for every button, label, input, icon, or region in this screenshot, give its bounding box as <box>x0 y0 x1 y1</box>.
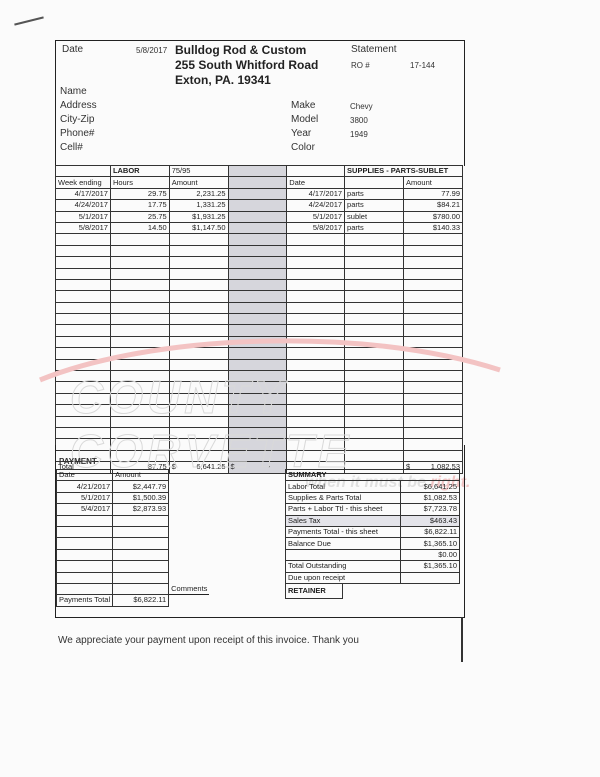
table-cell: 5/4/2017 <box>57 504 113 515</box>
table-cell <box>169 371 228 382</box>
table-cell: parts <box>345 188 404 199</box>
table-row <box>56 359 463 370</box>
payment-row <box>57 515 210 526</box>
col-payment-date: Date <box>57 470 113 481</box>
table-cell <box>56 291 111 302</box>
table-cell <box>169 348 228 359</box>
payment-row: 4/21/2017$2,447.79 <box>57 481 210 492</box>
table-cell <box>287 393 345 404</box>
table-cell <box>110 405 169 416</box>
col-supplies-amount: Amount <box>403 177 462 188</box>
table-cell <box>287 371 345 382</box>
summary-label: Labor Total <box>286 481 401 492</box>
address-label: Address <box>60 100 97 111</box>
table-row <box>56 427 463 438</box>
table-cell <box>169 561 210 572</box>
table-cell <box>228 166 287 177</box>
table-cell <box>345 371 404 382</box>
table-cell <box>403 234 462 245</box>
table-cell <box>403 291 462 302</box>
table-cell <box>287 405 345 416</box>
table-cell <box>228 427 287 438</box>
table-cell: 5/8/2017 <box>287 222 345 233</box>
table-cell <box>110 291 169 302</box>
table-cell <box>345 336 404 347</box>
table-cell <box>228 245 287 256</box>
table-cell <box>110 348 169 359</box>
table-cell <box>110 234 169 245</box>
summary-row: Payments Total - this sheet$6,822.11 <box>286 526 460 537</box>
table-cell <box>169 538 210 549</box>
summary-value: $7,723.78 <box>401 504 460 515</box>
table-cell <box>403 416 462 427</box>
date-label: Date <box>62 44 83 55</box>
table-row <box>56 291 463 302</box>
table-cell <box>228 314 287 325</box>
table-cell: 4/21/2017 <box>57 481 113 492</box>
table-cell <box>169 382 228 393</box>
summary-label: Parts + Labor Ttl - this sheet <box>286 504 401 515</box>
table-row <box>56 382 463 393</box>
summary-label <box>286 549 401 560</box>
summary-header-row: SUMMARY <box>286 470 460 481</box>
table-cell <box>113 583 169 594</box>
payment-row <box>57 526 210 537</box>
table-cell <box>169 515 210 526</box>
table-cell <box>287 325 345 336</box>
table-cell <box>57 561 113 572</box>
payments-total-label: Payments Total <box>57 595 113 606</box>
model-value: 3800 <box>350 116 368 125</box>
table-cell <box>403 427 462 438</box>
table-cell <box>57 526 113 537</box>
table-row <box>56 371 463 382</box>
summary-value: $6,822.11 <box>401 526 460 537</box>
table-cell <box>403 371 462 382</box>
table-row: 4/17/201729.752,231.254/17/2017parts77.9… <box>56 188 463 199</box>
table-cell <box>345 291 404 302</box>
table-cell <box>228 177 287 188</box>
table-cell <box>345 427 404 438</box>
table-cell: 29.75 <box>110 188 169 199</box>
table-cell <box>56 245 111 256</box>
table-cell <box>169 268 228 279</box>
table-cell: 4/24/2017 <box>56 200 111 211</box>
table-cell: 4/17/2017 <box>56 188 111 199</box>
summary-label: Payments Total - this sheet <box>286 526 401 537</box>
table-cell: 4/24/2017 <box>287 200 345 211</box>
table-cell: 1,331.25 <box>169 200 228 211</box>
table-row <box>56 314 463 325</box>
labor-title: LABOR <box>110 166 169 177</box>
table-cell: 17.75 <box>110 200 169 211</box>
summary-value: $6,641.25 <box>401 481 460 492</box>
labor-rate: 75/95 <box>169 166 228 177</box>
table-cell <box>110 416 169 427</box>
table-cell <box>287 279 345 290</box>
table-cell <box>110 268 169 279</box>
table-title-row: LABOR75/95SUPPLIES - PARTS-SUBLET <box>56 166 463 177</box>
table-cell <box>113 526 169 537</box>
table-cell <box>113 572 169 583</box>
table-cell <box>169 549 210 560</box>
summary-table: SUMMARYLabor Total$6,641.25Supplies & Pa… <box>285 469 460 599</box>
table-cell <box>56 348 111 359</box>
table-cell <box>228 211 287 222</box>
table-row <box>56 325 463 336</box>
table-cell <box>228 393 287 404</box>
table-cell <box>57 549 113 560</box>
table-cell <box>228 200 287 211</box>
summary-value: $0.00 <box>401 549 460 560</box>
table-cell <box>56 302 111 313</box>
table-cell <box>113 549 169 560</box>
table-cell <box>110 245 169 256</box>
pen-mark <box>14 16 44 25</box>
retainer-label: RETAINER <box>286 583 343 598</box>
table-cell <box>345 359 404 370</box>
table-cell <box>287 382 345 393</box>
table-cell <box>345 405 404 416</box>
payment-row: 5/4/2017$2,873.93 <box>57 504 210 515</box>
table-cell <box>228 382 287 393</box>
payment-row <box>57 538 210 549</box>
table-cell <box>169 245 228 256</box>
table-cell <box>56 325 111 336</box>
table-cell: 5/1/2017 <box>57 492 113 503</box>
summary-title: SUMMARY <box>286 470 460 481</box>
page-edge-line <box>461 617 463 662</box>
table-cell <box>287 291 345 302</box>
table-cell <box>345 268 404 279</box>
table-cell <box>345 234 404 245</box>
col-hours: Hours <box>110 177 169 188</box>
table-cell <box>110 257 169 268</box>
summary-row: Due upon receipt <box>286 572 460 583</box>
table-cell <box>228 416 287 427</box>
table-cell <box>56 268 111 279</box>
table-cell <box>110 393 169 404</box>
table-cell: $1,500.39 <box>113 492 169 503</box>
table-cell <box>56 234 111 245</box>
payments-total-value: $6,822.11 <box>113 595 169 606</box>
table-cell <box>110 359 169 370</box>
table-cell <box>169 257 228 268</box>
table-cell <box>403 393 462 404</box>
ro-label: RO # <box>351 61 370 70</box>
table-row: 5/1/201725.75$1,931.255/1/2017sublet$780… <box>56 211 463 222</box>
summary-row: Labor Total$6,641.25 <box>286 481 460 492</box>
comments-label: Comments <box>169 583 210 594</box>
table-cell <box>169 595 210 606</box>
table-cell: sublet <box>345 211 404 222</box>
table-cell <box>56 427 111 438</box>
table-row <box>56 393 463 404</box>
table-row <box>56 245 463 256</box>
table-cell <box>110 382 169 393</box>
table-cell <box>110 427 169 438</box>
table-cell <box>403 257 462 268</box>
table-cell <box>110 314 169 325</box>
table-cell <box>110 279 169 290</box>
thank-you-note: We appreciate your payment upon receipt … <box>58 635 359 646</box>
supplies-title: SUPPLIES - PARTS-SUBLET <box>345 166 463 177</box>
summary-row: Sales Tax$463.43 <box>286 515 460 526</box>
table-cell: parts <box>345 200 404 211</box>
col-supplies-date: Date <box>287 177 345 188</box>
table-row <box>56 234 463 245</box>
table-cell <box>228 234 287 245</box>
statement-header: Date 5/8/2017 Bulldog Rod & Custom 255 S… <box>55 40 465 166</box>
table-cell <box>228 405 287 416</box>
table-cell <box>403 325 462 336</box>
table-cell <box>56 382 111 393</box>
summary-label: Due upon receipt <box>286 572 401 583</box>
make-value: Chevy <box>350 102 373 111</box>
table-cell <box>169 279 228 290</box>
table-cell <box>287 234 345 245</box>
table-cell <box>287 359 345 370</box>
table-cell <box>110 325 169 336</box>
table-cell <box>56 359 111 370</box>
table-cell <box>169 359 228 370</box>
table-cell <box>345 257 404 268</box>
table-cell <box>287 416 345 427</box>
summary-value: $463.43 <box>401 515 460 526</box>
col-payment-amount: Amount <box>113 470 169 481</box>
table-cell <box>287 427 345 438</box>
table-cell: 77.99 <box>403 188 462 199</box>
table-cell <box>403 268 462 279</box>
table-cell <box>169 470 210 481</box>
company-city: Exton, PA. 19341 <box>175 73 271 87</box>
payment-row <box>57 549 210 560</box>
table-cell <box>57 583 113 594</box>
table-cell <box>345 302 404 313</box>
table-cell <box>110 302 169 313</box>
summary-row: Total Outstanding$1,365.10 <box>286 561 460 572</box>
table-row <box>56 405 463 416</box>
table-cell <box>56 279 111 290</box>
table-cell <box>228 348 287 359</box>
table-cell <box>56 416 111 427</box>
table-cell <box>345 325 404 336</box>
table-cell <box>113 515 169 526</box>
table-cell <box>56 405 111 416</box>
name-label: Name <box>60 86 87 97</box>
table-cell: 4/17/2017 <box>287 188 345 199</box>
table-row <box>56 336 463 347</box>
table-cell <box>228 222 287 233</box>
table-cell <box>403 382 462 393</box>
summary-value <box>401 572 460 583</box>
payment-total-row: Payments Total$6,822.11 <box>57 595 210 606</box>
doc-type: Statement <box>351 44 397 55</box>
table-cell <box>228 336 287 347</box>
table-cell <box>287 336 345 347</box>
table-cell <box>287 245 345 256</box>
table-cell: 5/8/2017 <box>56 222 111 233</box>
table-header-row: Week endingHoursAmountDateAmount <box>56 177 463 188</box>
col-labor-amount: Amount <box>169 177 228 188</box>
table-row: 5/8/201714.50$1,147.505/8/2017parts$140.… <box>56 222 463 233</box>
summary-row: Parts + Labor Ttl - this sheet$7,723.78 <box>286 504 460 515</box>
table-cell <box>345 279 404 290</box>
table-cell <box>403 314 462 325</box>
table-cell: $140.33 <box>403 222 462 233</box>
year-label: Year <box>291 128 311 139</box>
table-cell <box>403 336 462 347</box>
table-cell <box>403 405 462 416</box>
table-cell <box>287 348 345 359</box>
table-cell <box>228 188 287 199</box>
table-cell: 5/1/2017 <box>287 211 345 222</box>
table-row <box>56 348 463 359</box>
table-cell: 25.75 <box>110 211 169 222</box>
table-cell <box>169 492 210 503</box>
table-cell <box>228 291 287 302</box>
payment-table: DateAmount4/21/2017$2,447.795/1/2017$1,5… <box>56 469 209 607</box>
model-label: Model <box>291 114 318 125</box>
table-cell <box>169 504 210 515</box>
table-cell <box>169 481 210 492</box>
summary-value: $1,365.10 <box>401 538 460 549</box>
table-cell: 5/1/2017 <box>56 211 111 222</box>
table-row <box>56 268 463 279</box>
table-cell <box>57 515 113 526</box>
company-name: Bulldog Rod & Custom <box>175 43 306 57</box>
table-cell <box>287 257 345 268</box>
table-cell <box>56 257 111 268</box>
table-cell <box>110 336 169 347</box>
table-cell <box>57 572 113 583</box>
table-cell <box>403 279 462 290</box>
table-cell <box>169 526 210 537</box>
table-row <box>56 257 463 268</box>
table-cell <box>345 245 404 256</box>
table-cell <box>287 302 345 313</box>
table-cell: parts <box>345 222 404 233</box>
table-cell: $2,447.79 <box>113 481 169 492</box>
table-cell <box>345 382 404 393</box>
table-cell <box>169 427 228 438</box>
payment-row: Comments <box>57 583 210 594</box>
date-value: 5/8/2017 <box>136 46 167 55</box>
table-cell <box>113 561 169 572</box>
table-cell <box>56 371 111 382</box>
table-cell <box>287 268 345 279</box>
table-cell <box>228 371 287 382</box>
table-cell <box>345 393 404 404</box>
table-cell: $2,873.93 <box>113 504 169 515</box>
table-cell <box>169 405 228 416</box>
table-cell <box>345 177 404 188</box>
table-cell <box>169 302 228 313</box>
labor-supplies-table: LABOR75/95SUPPLIES - PARTS-SUBLETWeek en… <box>55 165 463 474</box>
table-cell: $84.21 <box>403 200 462 211</box>
table-cell <box>345 416 404 427</box>
table-cell <box>169 416 228 427</box>
payment-row <box>57 572 210 583</box>
summary-label: Total Outstanding <box>286 561 401 572</box>
payment-row <box>57 561 210 572</box>
summary-label: Sales Tax <box>286 515 401 526</box>
summary-row: Balance Due$1,365.10 <box>286 538 460 549</box>
table-cell <box>228 257 287 268</box>
table-cell: $780.00 <box>403 211 462 222</box>
summary-value: $1,082.53 <box>401 492 460 503</box>
table-cell <box>169 234 228 245</box>
table-cell: $1,931.25 <box>169 211 228 222</box>
table-cell <box>287 314 345 325</box>
col-week-ending: Week ending <box>56 177 111 188</box>
table-cell <box>169 336 228 347</box>
table-cell <box>228 325 287 336</box>
table-cell <box>56 314 111 325</box>
payment-row: 5/1/2017$1,500.39 <box>57 492 210 503</box>
table-cell: 14.50 <box>110 222 169 233</box>
summary-row: Supplies & Parts Total$1,082.53 <box>286 492 460 503</box>
make-label: Make <box>291 100 315 111</box>
summary-value: $1,365.10 <box>401 561 460 572</box>
ro-value: 17-144 <box>410 61 435 70</box>
table-row <box>56 279 463 290</box>
table-cell <box>110 371 169 382</box>
table-row: 4/24/201717.751,331.254/24/2017parts$84.… <box>56 200 463 211</box>
table-cell <box>403 348 462 359</box>
table-cell <box>169 291 228 302</box>
table-row <box>56 416 463 427</box>
retainer-row: RETAINER <box>286 583 460 598</box>
table-cell <box>403 302 462 313</box>
table-cell <box>169 314 228 325</box>
cell-label: Cell# <box>60 142 83 153</box>
color-label: Color <box>291 142 315 153</box>
table-cell <box>169 572 210 583</box>
table-cell <box>403 359 462 370</box>
summary-label: Supplies & Parts Total <box>286 492 401 503</box>
company-street: 255 South Whitford Road <box>175 58 318 72</box>
table-cell: $1,147.50 <box>169 222 228 233</box>
table-cell <box>169 393 228 404</box>
summary-label: Balance Due <box>286 538 401 549</box>
table-cell <box>228 268 287 279</box>
table-cell <box>56 166 111 177</box>
payment-title: PAYMENT <box>59 457 97 466</box>
table-cell: 2,231.25 <box>169 188 228 199</box>
table-cell <box>56 336 111 347</box>
table-cell <box>169 325 228 336</box>
table-cell <box>228 359 287 370</box>
table-cell <box>113 538 169 549</box>
table-cell <box>403 245 462 256</box>
city-zip-label: City-Zip <box>60 114 94 125</box>
table-cell <box>287 166 345 177</box>
table-cell <box>56 393 111 404</box>
table-cell <box>57 538 113 549</box>
table-row <box>56 302 463 313</box>
phone-label: Phone# <box>60 128 94 139</box>
table-cell <box>343 583 460 598</box>
table-cell <box>228 279 287 290</box>
summary-row: $0.00 <box>286 549 460 560</box>
payment-header-row: DateAmount <box>57 470 210 481</box>
table-cell <box>228 302 287 313</box>
table-cell <box>345 348 404 359</box>
year-value: 1949 <box>350 130 368 139</box>
table-cell <box>345 314 404 325</box>
